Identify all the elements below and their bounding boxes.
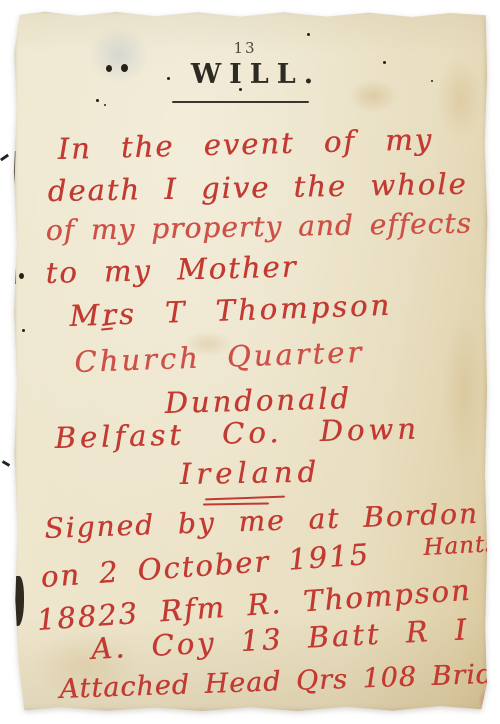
will-heading: WILL.: [12, 59, 492, 90]
paper-speck: [307, 33, 310, 36]
manuscript-line-4: to my Mother: [45, 249, 298, 290]
heading-rule: [172, 101, 309, 103]
ireland-underline-stroke: [205, 496, 285, 501]
manuscript-line-2: death I give the whole: [47, 167, 467, 208]
photo-background: { "printed": { "page_number": "13", "hea…: [0, 0, 500, 724]
paper-speck: [19, 273, 24, 279]
manuscript-line-9: Ireland: [179, 455, 321, 491]
manuscript-line-11: Hants: [423, 531, 499, 561]
manuscript-line-5: Mrs T Thompson: [69, 288, 393, 333]
manuscript-line-15: Attached Head Qrs 108 Bridge: [59, 658, 500, 705]
paper-stain: [442, 311, 486, 471]
ink-smudge: [478, 689, 500, 713]
paper-speck: [431, 80, 433, 82]
manuscript-line-6: Church Quarter: [74, 335, 365, 379]
will-page-photo: 13 WILL. In the event of my death I give…: [0, 0, 500, 724]
paper-speck: [22, 329, 25, 332]
manuscript-line-3: of my property and effects: [45, 207, 472, 247]
left-edge-mark: [12, 576, 24, 626]
manuscript-line-8: Belfast Co. Down: [54, 411, 420, 455]
paper-speck: [96, 99, 99, 102]
page-number: 13: [205, 39, 285, 57]
paper-speck: [383, 61, 386, 64]
paper-page: 13 WILL. In the event of my death I give…: [12, 11, 488, 712]
manuscript-line-1: In the event of my: [57, 122, 433, 166]
paper-speck: [104, 104, 106, 106]
paper-speck: [239, 88, 242, 91]
paper-speck: [106, 65, 112, 72]
left-edge-mark: [11, 151, 15, 185]
paper-speck: [121, 64, 128, 72]
left-edge-mark: [12, 266, 16, 284]
paper-speck: [167, 77, 170, 80]
left-edge-mark: [12, 687, 20, 709]
